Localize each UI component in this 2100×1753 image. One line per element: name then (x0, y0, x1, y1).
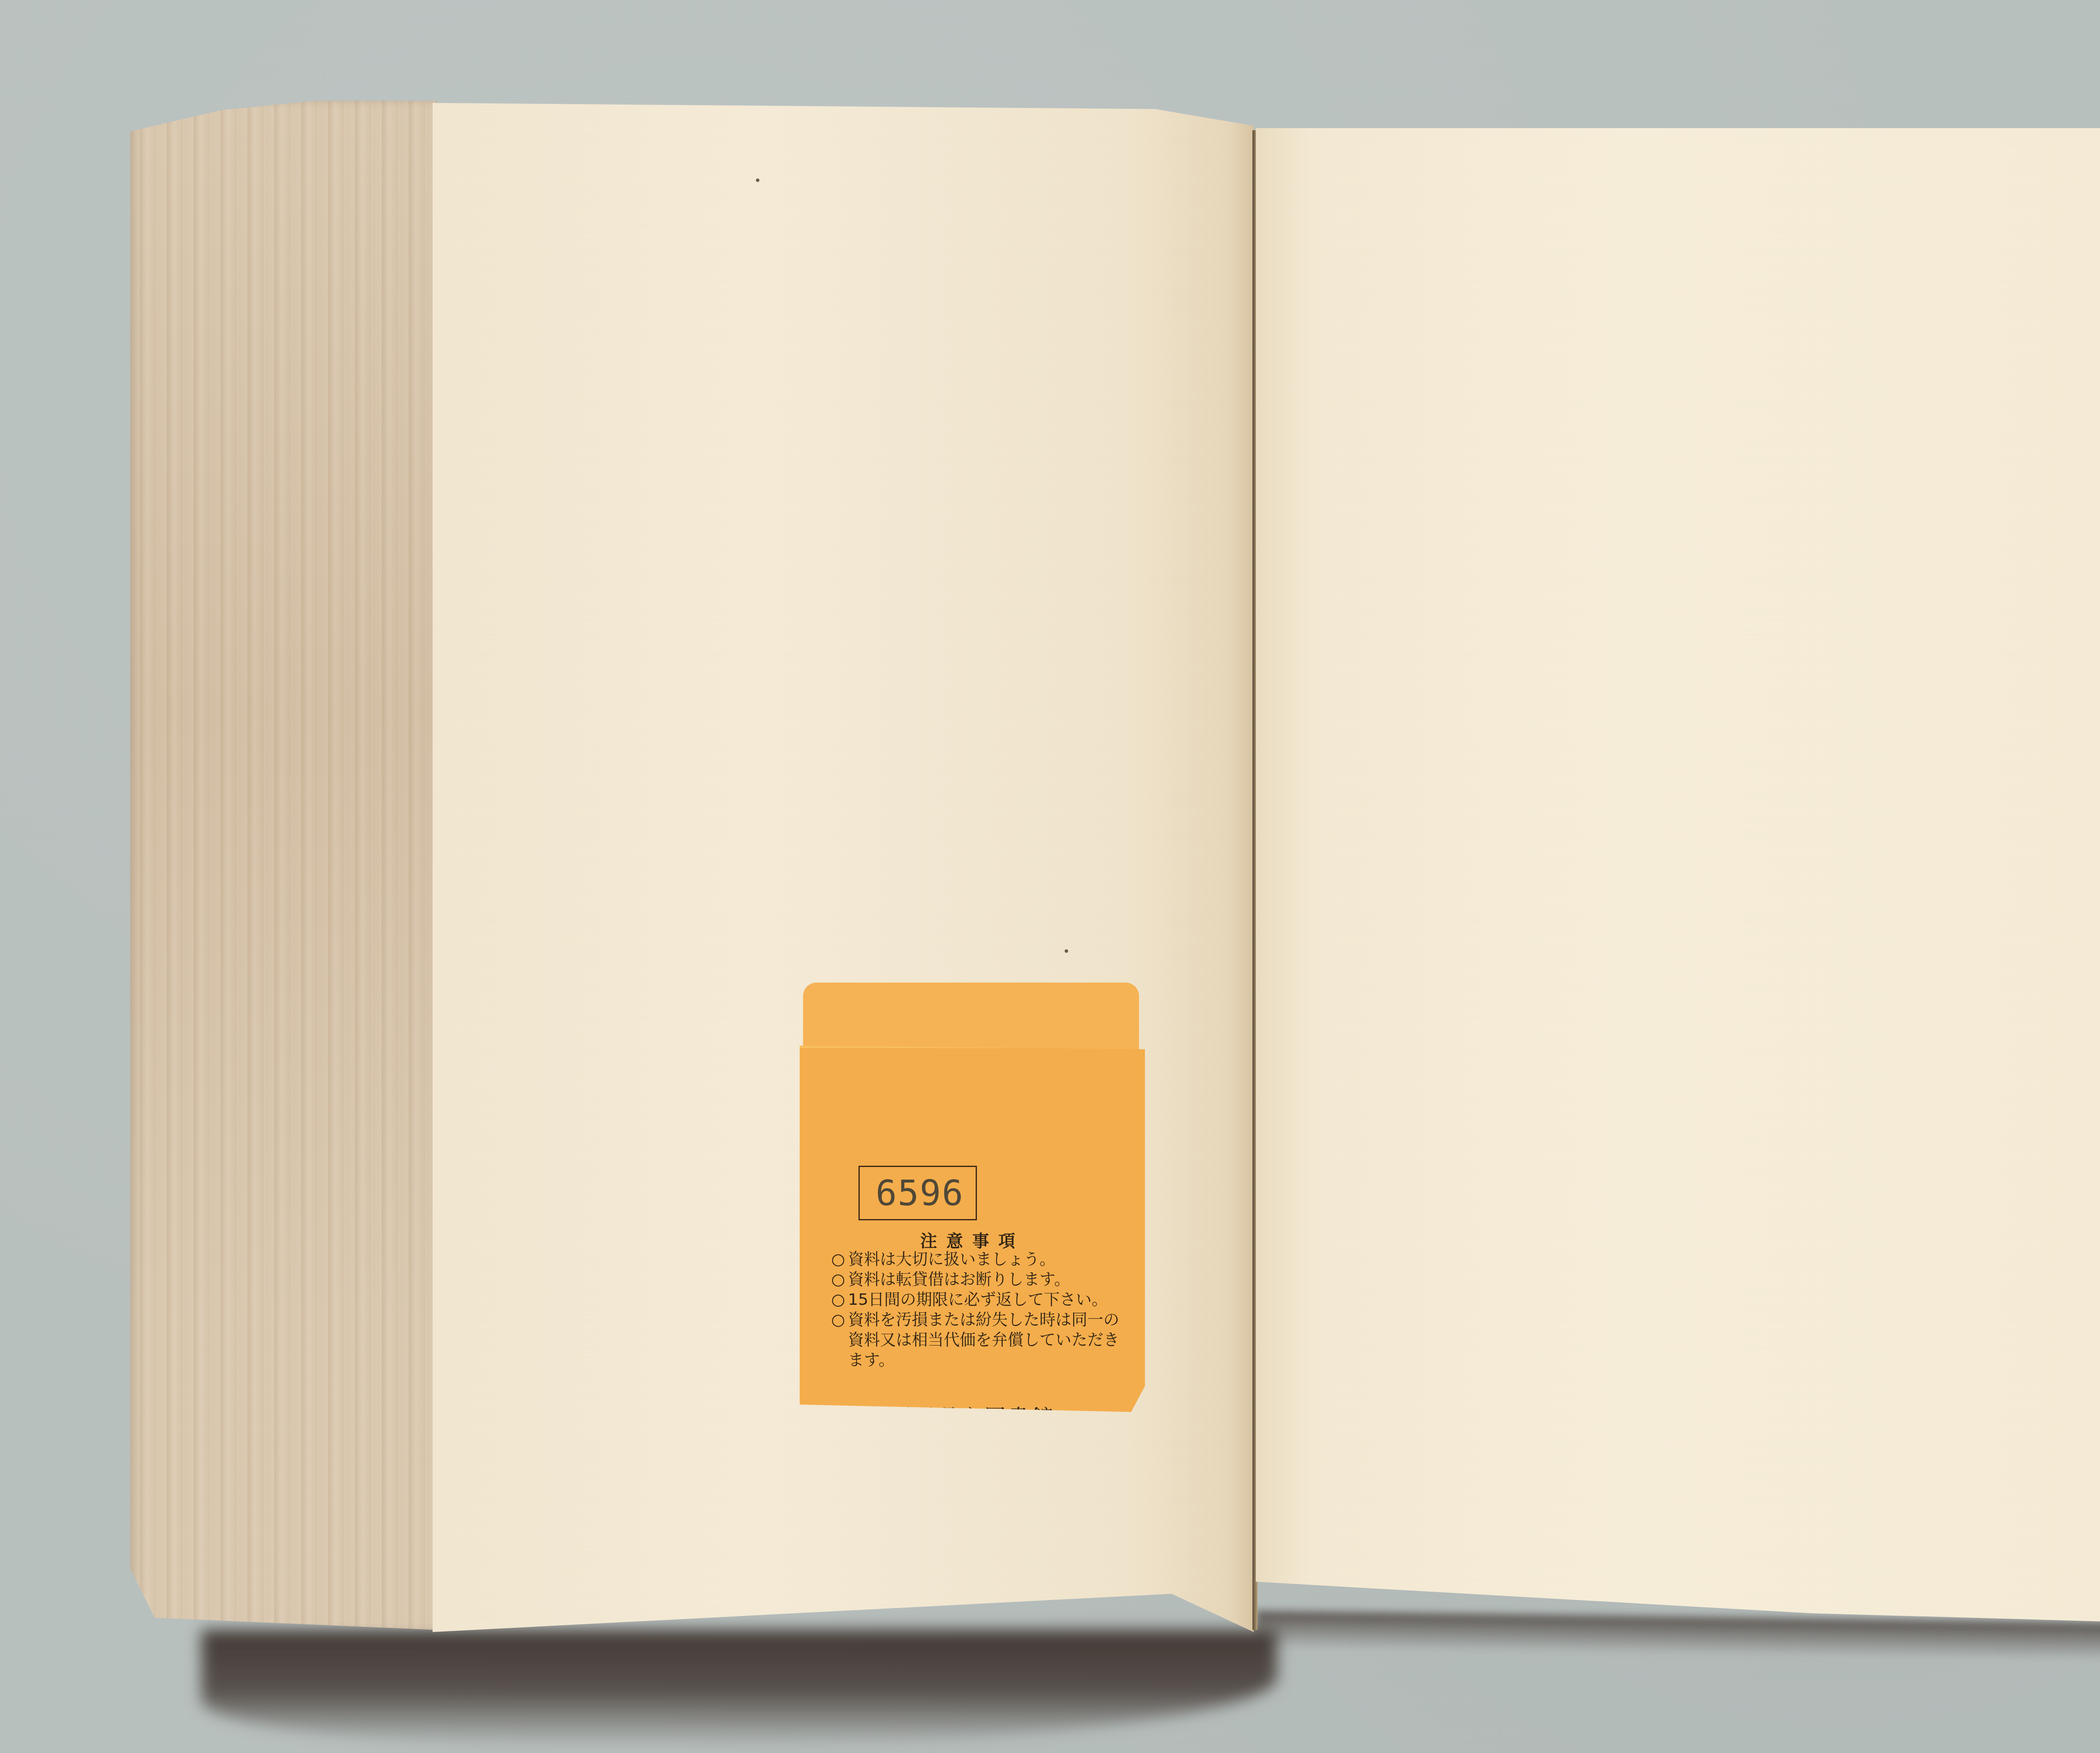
notice-text: 15日間の期限に必ず返して下さい。 (848, 1289, 1108, 1309)
notice-item: ○ 資料を汚損または紛失した時は同一の資料又は相当代価を弁償していただきます。 (831, 1309, 1125, 1370)
call-number-box: 6596 (858, 1166, 977, 1220)
notice-item: ○ 15日間の期限に必ず返して下さい。 (831, 1289, 1125, 1309)
notice-item: ○ 資料は大切に扱いましょう。 (831, 1249, 1125, 1269)
notice-text: 資料は転貸借はお断りします。 (848, 1269, 1070, 1289)
book-page-edges (130, 101, 437, 1630)
paper-speck (756, 179, 759, 182)
notice-title: 注意事項 (800, 1228, 1145, 1252)
bullet-circle-icon: ○ (831, 1249, 848, 1269)
call-number: 6596 (876, 1172, 964, 1214)
library-card-pocket[interactable]: 6596 注意事項 ○ 資料は大切に扱いましょう。 ○ 資料は転貸借はお断りしま… (800, 983, 1144, 1413)
notice-text: 資料は大切に扱いましょう。 (848, 1249, 1055, 1269)
paper-speck (1065, 949, 1068, 953)
bullet-circle-icon: ○ (831, 1289, 848, 1309)
bullet-circle-icon: ○ (831, 1269, 848, 1289)
notice-text: 資料を汚損または紛失した時は同一の資料又は相当代価を弁償していただきます。 (848, 1309, 1125, 1370)
notice-list: ○ 資料は大切に扱いましょう。 ○ 資料は転貸借はお断りします。 ○ 15日間の… (831, 1249, 1125, 1370)
notice-item: ○ 資料は転貸借はお断りします。 (831, 1269, 1125, 1289)
pocket-body: 6596 注意事項 ○ 資料は大切に扱いましょう。 ○ 資料は転貸借はお断りしま… (800, 1046, 1145, 1416)
bullet-circle-icon: ○ (831, 1309, 848, 1370)
right-endpaper (1256, 128, 2100, 1624)
